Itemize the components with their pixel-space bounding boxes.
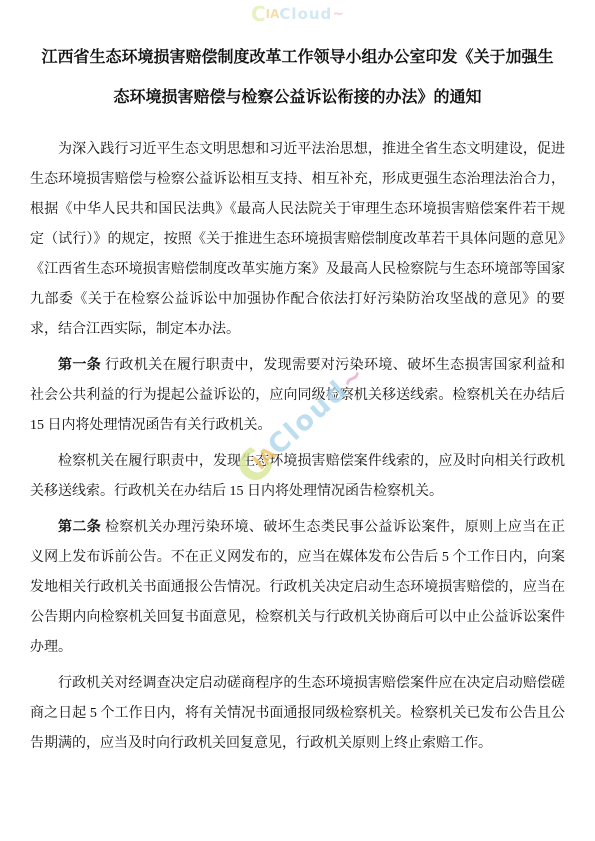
paragraph: 第一条 行政机关在履行职责中，发现需要对污染环境、破坏生态损害国家利益和社会公共… <box>30 351 565 441</box>
paragraph: 为深入践行习近平生态文明思想和习近平法治思想，推进全省生态文明建设，促进生态环境… <box>30 135 565 345</box>
article-number: 第二条 <box>58 520 105 535</box>
document-page: CIACloud~ 江西省生态环境损害赔偿制度改革工作领导小组办公室印发《关于加… <box>0 0 595 841</box>
paragraph: 检察机关在履行职责中，发现生态环境损害赔偿案件线索的，应及时向相关行政机关移送线… <box>30 447 565 507</box>
watermark-letters: ~ <box>332 6 344 22</box>
watermark-letters: Cloud <box>279 5 332 23</box>
paragraph: 第二条 检察机关办理污染环境、破坏生态类民事公益诉讼案件，原则上应当在正义网上发… <box>30 513 565 663</box>
watermark-top: CIACloud~ <box>251 2 344 26</box>
paragraph-text: 行政机关在履行职责中，发现需要对污染环境、破坏生态损害国家利益和社会公共利益的行… <box>30 358 565 433</box>
paragraph-text: 行政机关对经调查决定启动磋商程序的生态环境损害赔偿案件应在决定启动赔偿磋商之日起… <box>30 676 565 751</box>
paragraph-text: 为深入践行习近平生态文明思想和习近平法治思想，推进全省生态文明建设，促进生态环境… <box>30 142 565 337</box>
paragraph-text: 检察机关办理污染环境、破坏生态类民事公益诉讼案件，原则上应当在正义网上发布诉前公… <box>30 520 565 655</box>
document-body: 为深入践行习近平生态文明思想和习近平法治思想，推进全省生态文明建设，促进生态环境… <box>30 135 565 759</box>
paragraph: 行政机关对经调查决定启动磋商程序的生态环境损害赔偿案件应在决定启动赔偿磋商之日起… <box>30 669 565 759</box>
document-title: 江西省生态环境损害赔偿制度改革工作领导小组办公室印发《关于加强生态环境损害赔偿与… <box>37 38 558 118</box>
watermark-letters: IA <box>266 7 280 21</box>
article-number: 第一条 <box>58 358 105 373</box>
watermark-letters: C <box>251 2 266 26</box>
paragraph-text: 检察机关在履行职责中，发现生态环境损害赔偿案件线索的，应及时向相关行政机关移送线… <box>30 454 565 499</box>
